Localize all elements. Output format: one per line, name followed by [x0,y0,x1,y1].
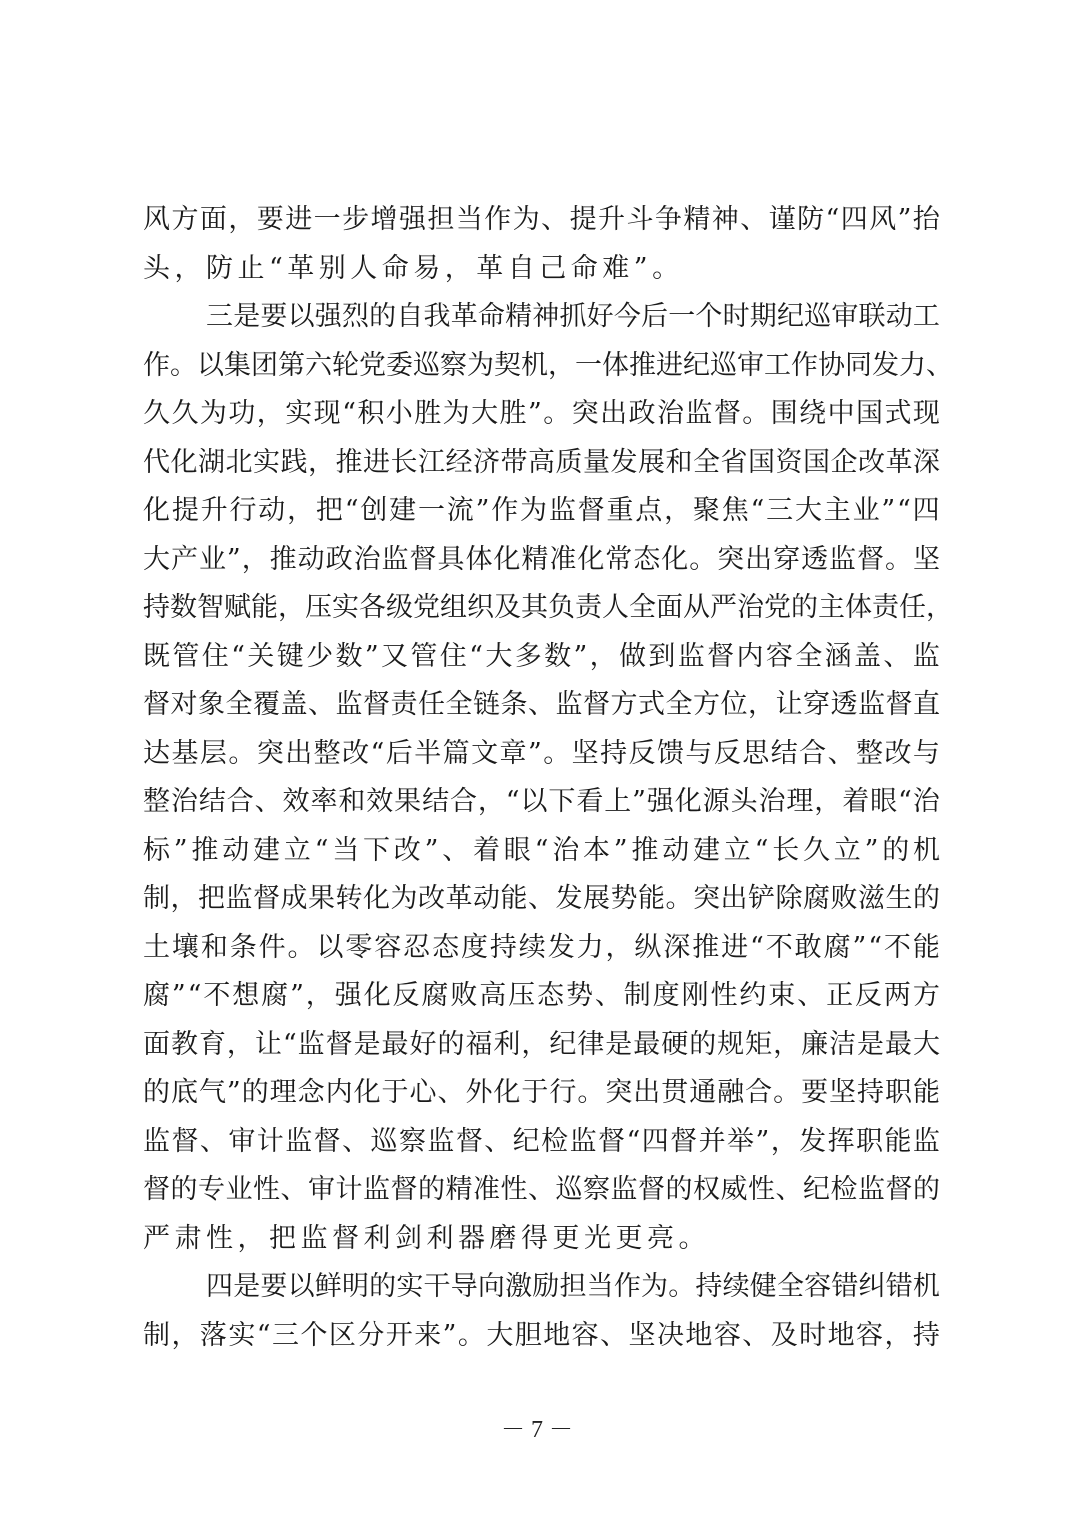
text-line: 大产业”，推动政治监督具体化精准化常态化。突出穿透监督。坚 [143,536,940,585]
text-line: 督的专业性、审计监督的精准性、巡察监督的权威性、纪检监督的 [143,1166,940,1215]
text-line: 既管住“关键少数”又管住“大多数”，做到监督内容全涵盖、监 [143,633,940,682]
text-line: 的底气”的理念内化于心、外化于行。突出贯通融合。要坚持职能 [143,1069,940,1118]
text-line: 制，落实“三个区分开来”。大胆地容、坚决地容、及时地容，持 [143,1312,940,1361]
text-line: 严肃性，把监督利剑利器磨得更光更亮。 [143,1215,940,1264]
text-line: 头，防止“革别人命易，革自己命难”。 [143,245,940,294]
text-line: 风方面，要进一步增强担当作为、提升斗争精神、谨防“四风”抬 [143,196,940,245]
text-line: 督对象全覆盖、监督责任全链条、监督方式全方位，让穿透监督直 [143,681,940,730]
text-line: 腐”“不想腐”，强化反腐败高压态势、制度刚性约束、正反两方 [143,972,940,1021]
text-line: 久久为功，实现“积小胜为大胜”。突出政治监督。围绕中国式现 [143,390,940,439]
text-line: 标”推动建立“当下改”、着眼“治本”推动建立“长久立”的机 [143,827,940,876]
page-number: － 7 － [0,1409,1074,1444]
text-line: 整治结合、效率和效果结合，“以下看上”强化源头治理，着眼“治 [143,778,940,827]
text-line: 持数智赋能，压实各级党组织及其负责人全面从严治党的主体责任， [143,584,940,633]
paragraph-start-line: 四是要以鲜明的实干导向激励担当作为。持续健全容错纠错机 [143,1263,940,1312]
text-line: 制，把监督成果转化为改革动能、发展势能。突出铲除腐败滋生的 [143,875,940,924]
text-line: 监督、审计监督、巡察监督、纪检监督“四督并举”，发挥职能监 [143,1118,940,1167]
paragraph-start-line: 三是要以强烈的自我革命精神抓好今后一个时期纪巡审联动工 [143,293,940,342]
text-line: 面教育，让“监督是最好的福利，纪律是最硬的规矩，廉洁是最大 [143,1021,940,1070]
body-text: 风方面，要进一步增强担当作为、提升斗争精神、谨防“四风”抬 头，防止“革别人命易… [143,196,943,1360]
text-line: 达基层。突出整改“后半篇文章”。坚持反馈与反思结合、整改与 [143,730,940,779]
text-line: 作。以集团第六轮党委巡察为契机，一体推进纪巡审工作协同发力、 [143,342,940,391]
text-line: 土壤和条件。以零容忍态度持续发力，纵深推进“不敢腐”“不能 [143,924,940,973]
text-line: 代化湖北实践，推进长江经济带高质量发展和全省国资国企改革深 [143,439,940,488]
text-line: 化提升行动，把“创建一流”作为监督重点，聚焦“三大主业”“四 [143,487,940,536]
document-page: 风方面，要进一步增强担当作为、提升斗争精神、谨防“四风”抬 头，防止“革别人命易… [0,0,1074,1520]
